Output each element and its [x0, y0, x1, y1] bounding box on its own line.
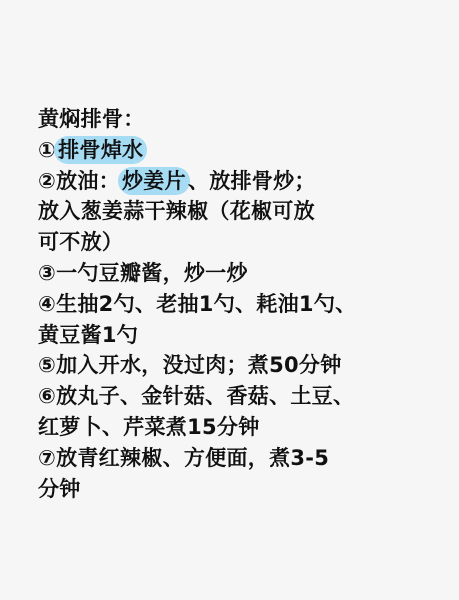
step-2-continued: 放入葱姜蒜干辣椒（花椒可放 — [38, 196, 448, 227]
step-4-line: ④生抽2勺、老抽1勺、耗油1勺、 — [38, 289, 448, 320]
step-prefix: ① — [38, 138, 56, 162]
step-2-continued: 可不放） — [38, 227, 448, 258]
step-7-line: ⑦放青红辣椒、方便面，煮3-5 — [38, 443, 448, 474]
step-6-line: ⑥放丸子、金针菇、香菇、土豆、 — [38, 381, 448, 412]
step-prefix: ②放油： — [38, 169, 120, 193]
highlighted-text: 排骨焯水 — [56, 138, 145, 162]
step-2-line: ②放油：炒姜片、放排骨炒； — [38, 166, 448, 197]
step-4-continued: 黄豆酱1勺 — [38, 320, 448, 351]
step-7-continued: 分钟 — [38, 474, 448, 505]
step-1-line: ①排骨焯水 — [38, 135, 448, 166]
step-6-continued: 红萝卜、芹菜煮15分钟 — [38, 412, 448, 443]
recipe-note: 黄焖排骨： ①排骨焯水 ②放油：炒姜片、放排骨炒； 放入葱姜蒜干辣椒（花椒可放 … — [38, 104, 448, 504]
recipe-title: 黄焖排骨： — [38, 104, 448, 135]
step-5-line: ⑤加入开水，没过肉；煮50分钟 — [38, 350, 448, 381]
highlighted-text: 炒姜片 — [120, 169, 188, 193]
step-suffix: 、放排骨炒； — [188, 169, 316, 193]
step-3-line: ③一勺豆瓣酱，炒一炒 — [38, 258, 448, 289]
